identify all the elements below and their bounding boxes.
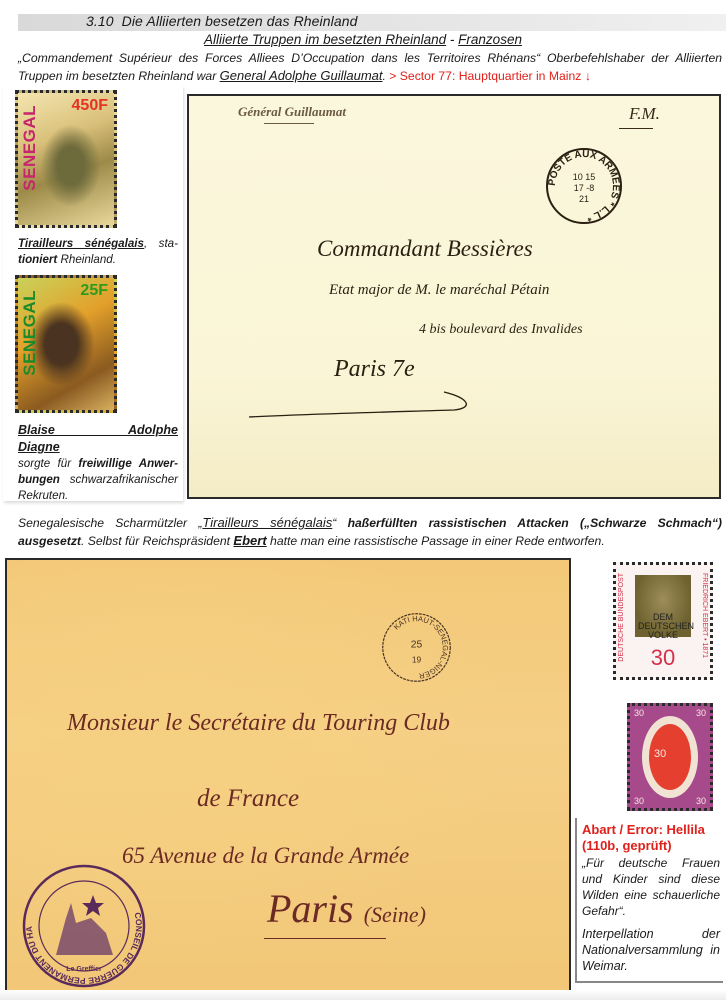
cover-touring-club: KATI HAUT-SENEGAL-NIGER 25 19 Monsieur l… xyxy=(5,558,571,994)
address-line-2: Etat major de M. le maréchal Pétain xyxy=(329,282,549,299)
page-bottom-shadow xyxy=(0,990,726,1000)
error-title: Abart / Error: Hellila (110b, geprüft) xyxy=(582,822,720,854)
stamp-value: 30 xyxy=(696,708,706,718)
sec2-text: . Selbst für Reichspräsident xyxy=(81,534,233,548)
svg-text:19: 19 xyxy=(412,655,422,665)
note-text: Interpellation der Nationalversammlung i… xyxy=(582,926,720,974)
decorative-rule xyxy=(264,123,314,125)
senegal-stamp-diagne: SENEGAL 25F xyxy=(15,275,117,413)
stamp-country: SENEGAL xyxy=(20,290,40,376)
quote-text: „Für deutsche Frauen und Kinder sind die… xyxy=(582,855,720,919)
svg-text:25: 25 xyxy=(411,640,423,651)
stamp-value: 30 xyxy=(634,796,644,806)
quote-close: “ xyxy=(332,516,347,530)
address-line-2: de France xyxy=(197,785,299,813)
address-line-4: Paris 7e xyxy=(334,356,415,383)
caption-text: sorgte für xyxy=(18,457,78,470)
address-line-4: Paris (Seine) xyxy=(267,885,426,932)
franchise-marking: F.M. xyxy=(629,104,660,124)
ebert-stamp: DEUTSCHE BUNDESPOST FRIEDRICH EBERT • 18… xyxy=(613,562,713,680)
subtitle-part1: Alliierte Truppen im besetzten Rheinland xyxy=(204,32,446,47)
cover-general-guillaumat: Général Guillaumat F.M. POSTE AUX ARMEES… xyxy=(187,94,721,499)
svg-text:10 15: 10 15 xyxy=(573,172,596,182)
caption-tirailleurs: Tirailleurs sénégalais, sta- tioniert Rh… xyxy=(18,236,178,268)
tirailleurs-term: Tirailleurs sénégalais xyxy=(202,515,332,530)
senegal-stamp-tirailleurs: SENEGAL 450F xyxy=(15,90,117,228)
ebert-name: Ebert xyxy=(233,533,266,548)
address-line-3: 4 bis boulevard des Invalides xyxy=(419,322,583,338)
subtitle-separator: - xyxy=(446,32,458,47)
seal-conseil-de-guerre-icon: CONSEIL DE GUERRE PERMANENT DU HAUT-SENE… xyxy=(21,863,147,989)
postmark-kati-icon: KATI HAUT-SENEGAL-NIGER 25 19 xyxy=(379,610,454,685)
subtitle-part2: Franzosen xyxy=(458,32,522,47)
general-name: General Adolphe Guillaumat xyxy=(220,68,383,83)
caption-name: Tirailleurs sénégalais xyxy=(18,237,144,250)
stamp-value: 30 xyxy=(616,645,710,671)
schwarze-schmach: „Schwarze Schmach“) xyxy=(584,516,722,530)
address-underline xyxy=(264,938,386,939)
caption-bold: tioniert xyxy=(18,253,57,266)
sec2-text: Senegalesische Scharmützler xyxy=(18,516,198,530)
envelope-sender: Général Guillaumat xyxy=(238,104,346,120)
nationalversammlung-stamp: 30 30 30 30 30 xyxy=(627,703,713,811)
section-title-text: Die Alliierten besetzen das Rheinland xyxy=(122,13,358,29)
stamp-country: SENEGAL xyxy=(20,105,40,191)
stamp-value: 25F xyxy=(80,282,108,300)
section-number: 3.10 xyxy=(86,13,114,29)
address-line-1: Commandant Bessières xyxy=(317,236,533,262)
stamp-value: 30 xyxy=(696,796,706,806)
address-city: Paris xyxy=(267,886,354,931)
caption-text: Rheinland. xyxy=(57,253,116,266)
stamp-overprint: DEM DEUTSCHEN VOLKE xyxy=(638,613,688,640)
address-line-1: Monsieur le Secrétaire du Touring Club xyxy=(67,710,450,737)
sec2-bold: haßerfüllten rassistischen Attacken ( xyxy=(348,516,584,530)
section2-paragraph: Senegalesische Scharmützler „Tirailleurs… xyxy=(18,514,722,550)
overprint-line: VOLKE xyxy=(638,631,688,640)
stamp-center-value: 30 xyxy=(654,748,666,760)
handwritten-flourish-icon xyxy=(189,386,489,426)
intro-paragraph: „Commandement Supérieur des Forces Allie… xyxy=(18,50,722,85)
address-line-3: 65 Avenue de la Grande Armée xyxy=(122,843,409,869)
caption-name: Blaise Adolphe Diagne xyxy=(18,423,178,454)
section-title: 3.10 Die Alliierten besetzen das Rheinla… xyxy=(86,13,358,29)
postmark-poste-aux-armees-icon: POSTE AUX ARMEES * L.L * 10 15 17 -8 21 xyxy=(544,146,624,226)
sector-link[interactable]: > Sector 77: Hauptquartier in Mainz ↓ xyxy=(389,69,591,83)
stamp-value: 450F xyxy=(72,97,108,115)
svg-text:Le Greffier: Le Greffier xyxy=(66,966,102,973)
stamp-value: 30 xyxy=(634,708,644,718)
svg-text:17 -8: 17 -8 xyxy=(574,183,595,193)
sec2-text: hatte man eine rassistische Passage in e… xyxy=(267,534,605,548)
address-department: (Seine) xyxy=(364,902,426,927)
marking-underline xyxy=(619,128,653,129)
sec2-bold: ausgesetzt xyxy=(18,534,81,548)
error-description-box: Abart / Error: Hellila (110b, geprüft) „… xyxy=(575,818,723,983)
caption-diagne: Blaise Adolphe Diagne sorgte für freiwil… xyxy=(18,422,178,504)
page-subtitle: Alliierte Truppen im besetzten Rheinland… xyxy=(0,32,726,47)
svg-text:21: 21 xyxy=(579,194,589,204)
caption-text: , sta- xyxy=(144,237,178,250)
